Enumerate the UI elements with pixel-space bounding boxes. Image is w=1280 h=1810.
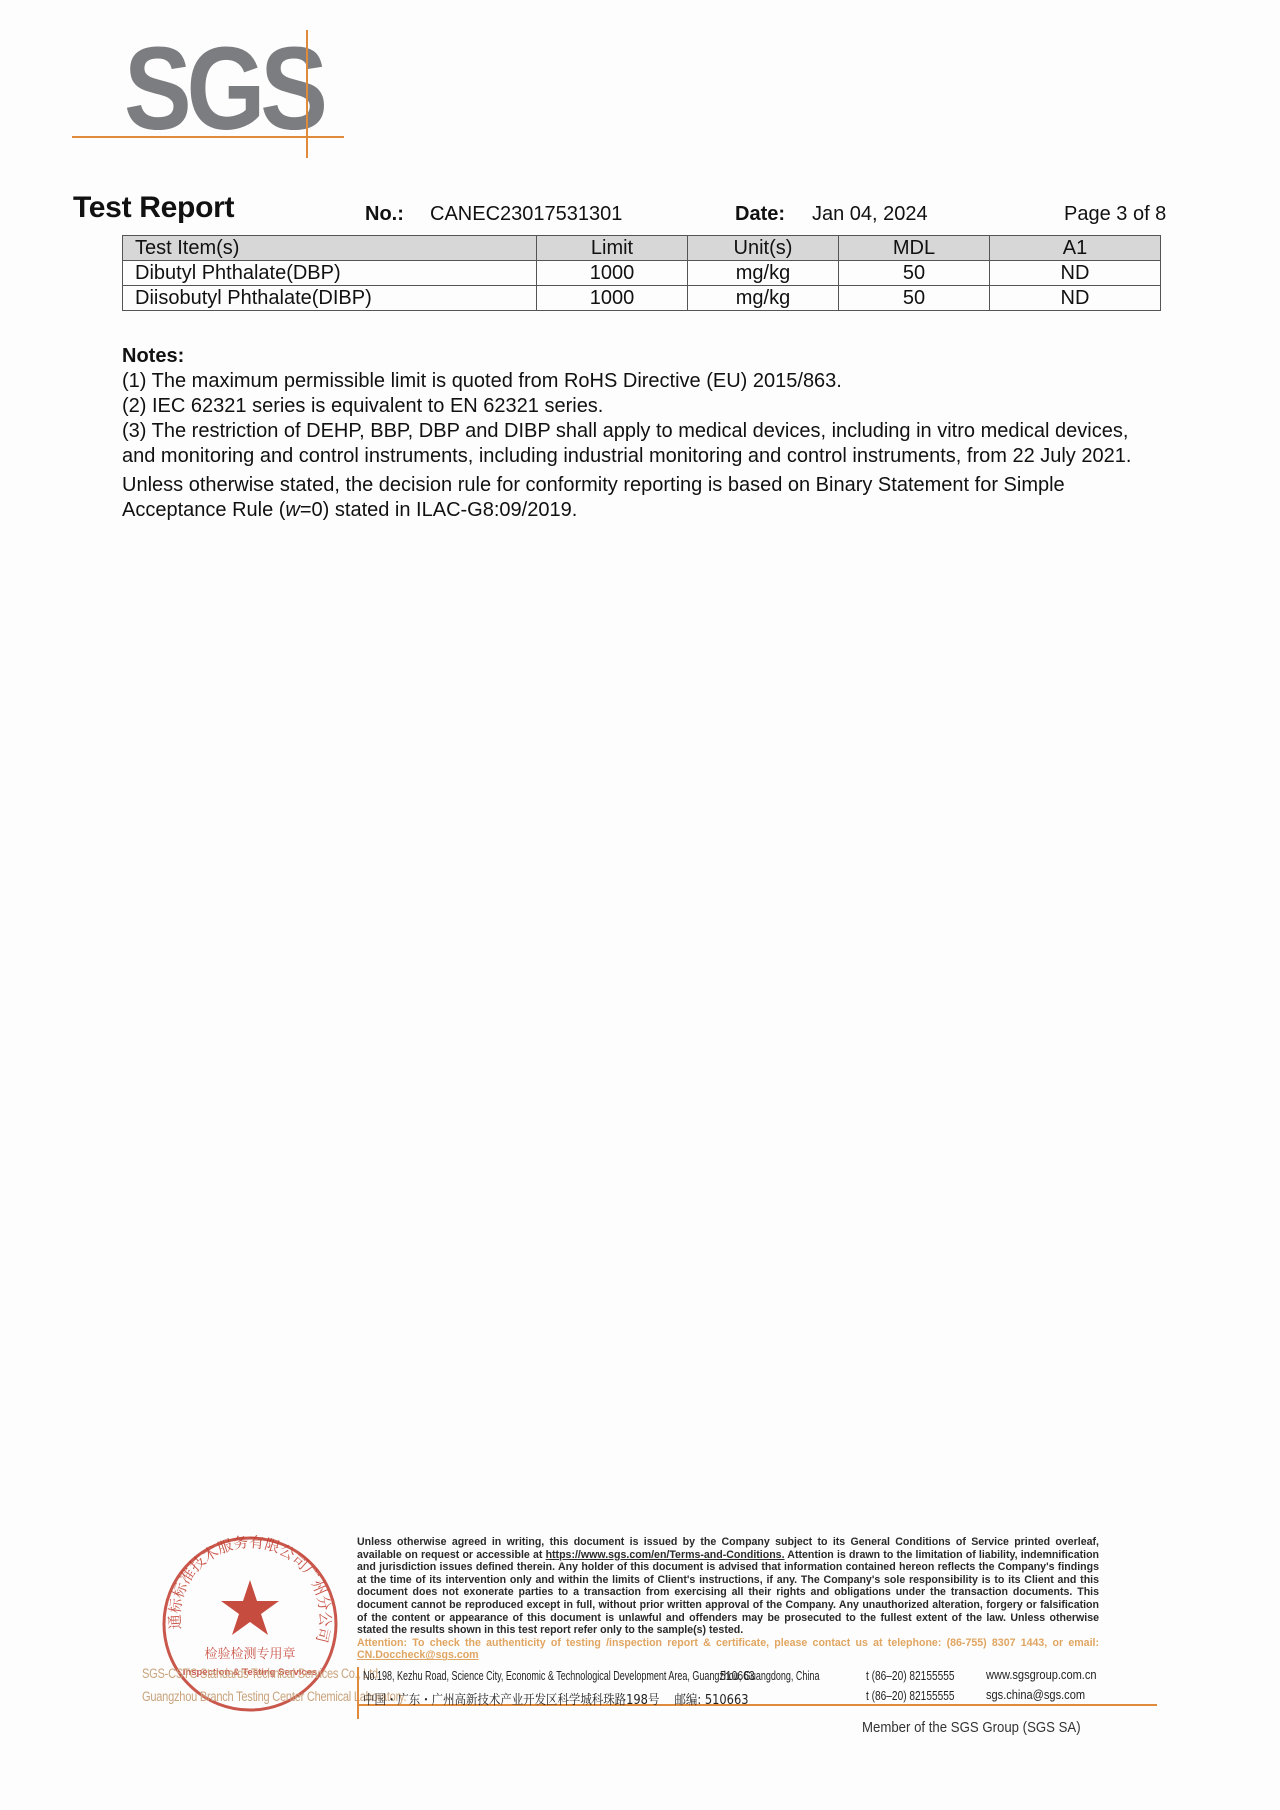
- star-icon: [221, 1580, 279, 1635]
- authenticity-attention: Attention: To check the authenticity of …: [357, 1637, 1099, 1662]
- terms-link[interactable]: https://www.sgs.com/en/Terms-and-Conditi…: [546, 1549, 785, 1561]
- report-number-label: No.:: [365, 203, 404, 226]
- table-row: Diisobutyl Phthalate(DIBP) 1000 mg/kg 50…: [123, 286, 1161, 311]
- table-header-row: Test Item(s) Limit Unit(s) MDL A1: [123, 236, 1161, 261]
- cell-result: ND: [990, 286, 1161, 311]
- logo-vertical-rule: [306, 30, 308, 158]
- legal-disclaimer: Unless otherwise agreed in writing, this…: [357, 1536, 1099, 1662]
- page-title: Test Report: [73, 191, 234, 225]
- company-name-line-1: SGS-CSTC Standards Technical Services Co…: [142, 1666, 381, 1681]
- date-value: Jan 04, 2024: [812, 203, 928, 226]
- cell-limit: 1000: [537, 286, 688, 311]
- notes-heading: Notes:: [122, 344, 1162, 369]
- column-header-units: Unit(s): [688, 236, 839, 261]
- results-table: Test Item(s) Limit Unit(s) MDL A1 Dibuty…: [122, 235, 1161, 311]
- telephone-2: t (86–20) 82155555: [866, 1688, 955, 1703]
- cell-limit: 1000: [537, 261, 688, 286]
- column-header-a1: A1: [990, 236, 1161, 261]
- page-number: Page 3 of 8: [1064, 203, 1166, 226]
- telephone-1: t (86–20) 82155555: [866, 1668, 955, 1683]
- footer-vertical-rule: [357, 1667, 359, 1719]
- cell-unit: mg/kg: [688, 261, 839, 286]
- report-number-value: CANEC23017531301: [430, 203, 622, 226]
- contact-email: sgs.china@sgs.com: [986, 1687, 1085, 1702]
- address-chinese: 中国・广东・广州高新技术产业开发区科学城科珠路198号 邮编: 510663: [363, 1689, 749, 1708]
- cell-mdl: 50: [839, 261, 990, 286]
- address-english-zip: 510663: [720, 1668, 755, 1683]
- website: www.sgsgroup.com.cn: [986, 1667, 1097, 1682]
- column-header-mdl: MDL: [839, 236, 990, 261]
- sgs-logo: SGS: [124, 30, 323, 148]
- cell-unit: mg/kg: [688, 286, 839, 311]
- group-membership: Member of the SGS Group (SGS SA): [862, 1719, 1081, 1736]
- note-item: (1) The maximum permissible limit is quo…: [122, 369, 1162, 394]
- column-header-test-item: Test Item(s): [123, 236, 537, 261]
- official-seal-stamp: 通标标准技术服务有限公司广州分公司 检验检测专用章 Inspection & T…: [160, 1534, 340, 1714]
- note-item: (3) The restriction of DEHP, BBP, DBP an…: [122, 419, 1162, 469]
- svg-text:检验检测专用章: 检验检测专用章: [204, 1646, 295, 1662]
- cell-test-item: Diisobutyl Phthalate(DIBP): [123, 286, 537, 311]
- cell-test-item: Dibutyl Phthalate(DBP): [123, 261, 537, 286]
- cell-result: ND: [990, 261, 1161, 286]
- note-item: (2) IEC 62321 series is equivalent to EN…: [122, 394, 1162, 419]
- decision-rule: Unless otherwise stated, the decision ru…: [122, 473, 1162, 523]
- cell-mdl: 50: [839, 286, 990, 311]
- logo-horizontal-rule: [72, 136, 344, 138]
- doccheck-email-link[interactable]: CN.Doccheck@sgs.com: [357, 1649, 479, 1661]
- date-label: Date:: [735, 203, 785, 226]
- table-row: Dibutyl Phthalate(DBP) 1000 mg/kg 50 ND: [123, 261, 1161, 286]
- notes-section: Notes: (1) The maximum permissible limit…: [122, 344, 1162, 523]
- column-header-limit: Limit: [537, 236, 688, 261]
